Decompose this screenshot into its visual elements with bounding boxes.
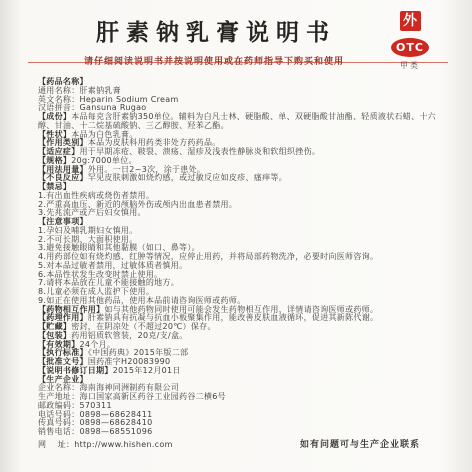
leaflet-page: 肝素钠乳膏说明书 请仔细阅读说明书并按说明使用或在药师指导下购买和使用 外 OT… bbox=[0, 0, 472, 472]
website-line: 网 址：http://www.hishen.com bbox=[38, 441, 173, 450]
leaflet-line: 【不良反应】罕见皮肤刺激如烧灼感，或过敏反应如皮疹、瘙痒等。 bbox=[38, 174, 448, 183]
leaflet-footer-row: 网 址：http://www.hishen.com 如有问题可与生产企业联系 bbox=[38, 437, 448, 450]
leaflet-line: 销售电话：0898—68551096 bbox=[38, 428, 448, 437]
otc-badge-group: 外 OTC 甲类 bbox=[388, 11, 432, 71]
leaflet-body: 【药品名称】通用名称：肝素钠乳膏英文名称：Heparin Sodium Crea… bbox=[38, 78, 448, 450]
leaflet-line: 【说明书修订日期】2015年12月01日 bbox=[38, 367, 448, 376]
leaflet-line: 3.先兆流产或产后妇女慎用。 bbox=[38, 209, 448, 218]
page-title: 肝素钠乳膏说明书 bbox=[96, 14, 336, 47]
header-divider bbox=[28, 62, 448, 63]
otc-class-label: 甲类 bbox=[400, 60, 420, 71]
contact-note: 如有问题可与生产企业联系 bbox=[300, 437, 448, 450]
otc-badge: OTC bbox=[391, 38, 429, 57]
leaflet-paragraphs: 【药品名称】通用名称：肝素钠乳膏英文名称：Heparin Sodium Crea… bbox=[38, 78, 448, 437]
external-use-badge: 外 bbox=[400, 11, 421, 31]
leaflet-line: 【成份】本品每克含肝素钠350单位。辅料为白凡士林、硬脂酸、单、双硬脂酸甘油酯、… bbox=[38, 113, 448, 131]
